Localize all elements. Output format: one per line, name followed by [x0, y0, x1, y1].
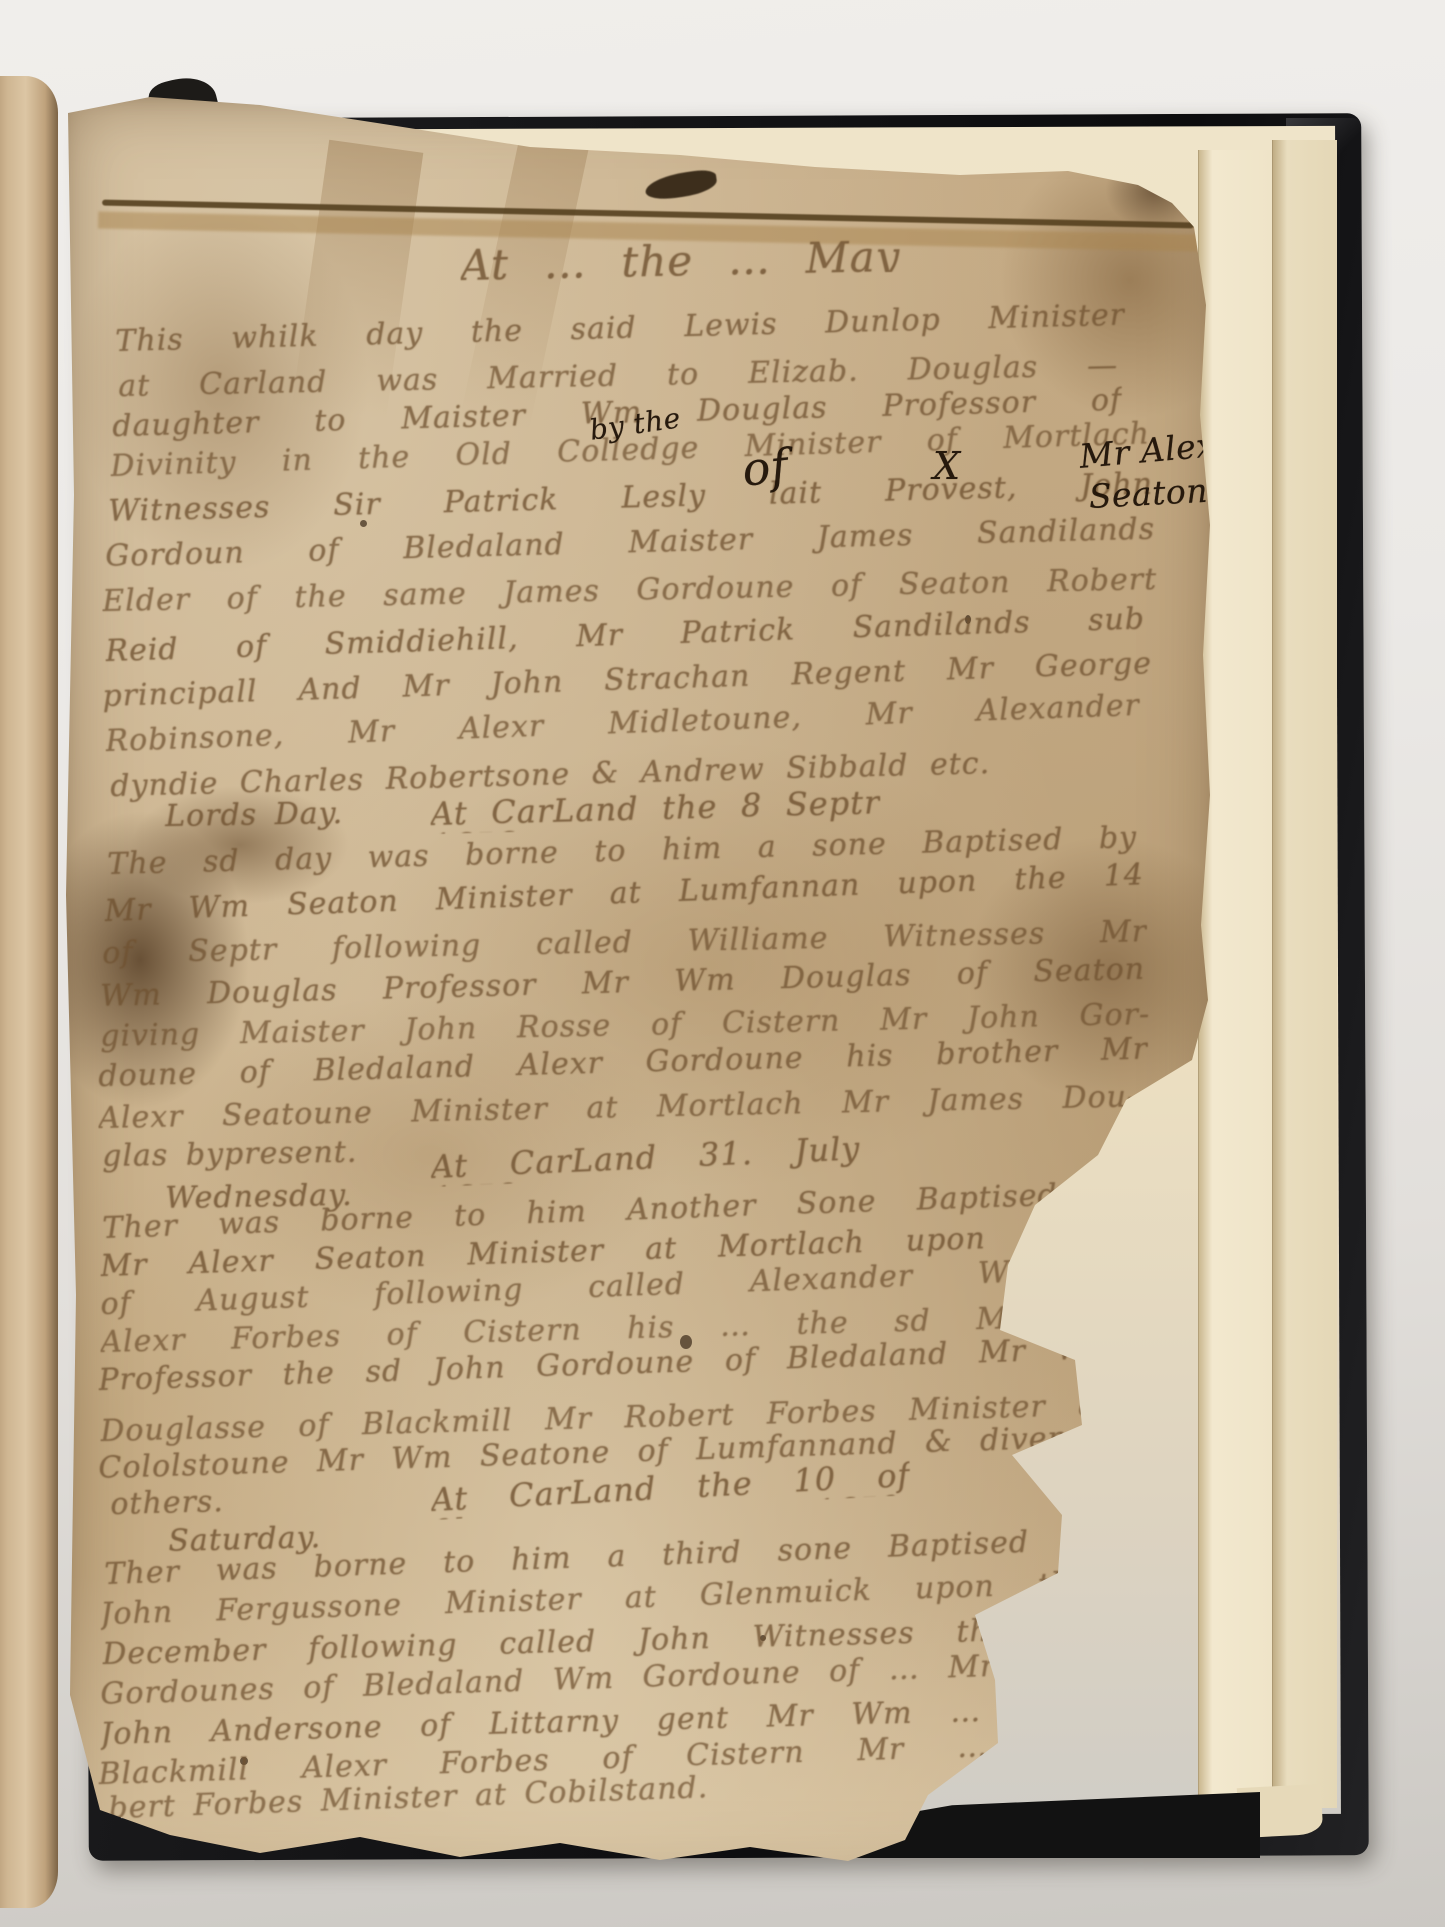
flyleaf-fore-edge-2 — [1272, 140, 1337, 1808]
interlinear-of: of — [740, 442, 790, 493]
flyleaf-fore-edge-1 — [1198, 150, 1273, 1798]
margin-note-line1: Mr Alex — [1078, 428, 1216, 473]
interlinear-by-the: by the — [588, 404, 683, 444]
facing-leaf-edge — [0, 76, 58, 1908]
margin-note-line2: Seaton — [1088, 474, 1209, 513]
x-mark: X — [933, 447, 961, 485]
